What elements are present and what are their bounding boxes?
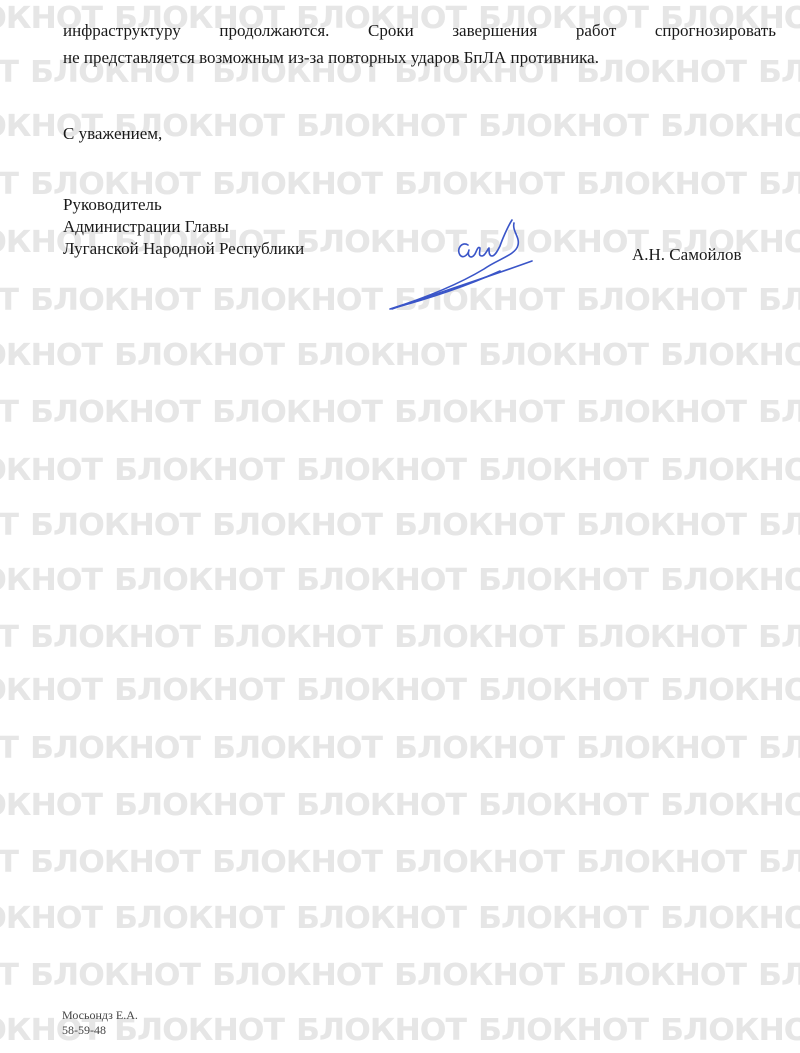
executor-phone: 58-59-48	[62, 1023, 138, 1038]
handwritten-signature	[380, 205, 580, 315]
closing-salutation: С уважением,	[63, 124, 162, 144]
signatory-title-line-3: Луганской Народной Республики	[63, 238, 304, 260]
letter-page: инфраструктуру продолжаются. Сроки завер…	[0, 0, 800, 1053]
executor-footer: Мосьондз Е.А. 58-59-48	[62, 1008, 138, 1038]
body-text-line-2: не представляется возможным из-за повтор…	[63, 47, 776, 69]
signatory-title-line-1: Руководитель	[63, 194, 304, 216]
body-text-line-1: инфраструктуру продолжаются. Сроки завер…	[63, 20, 776, 42]
signatory-title-line-2: Администрации Главы	[63, 216, 304, 238]
executor-name: Мосьондз Е.А.	[62, 1008, 138, 1023]
signatory-title: Руководитель Администрации Главы Луганск…	[63, 194, 304, 260]
signatory-name: А.Н. Самойлов	[632, 244, 742, 266]
